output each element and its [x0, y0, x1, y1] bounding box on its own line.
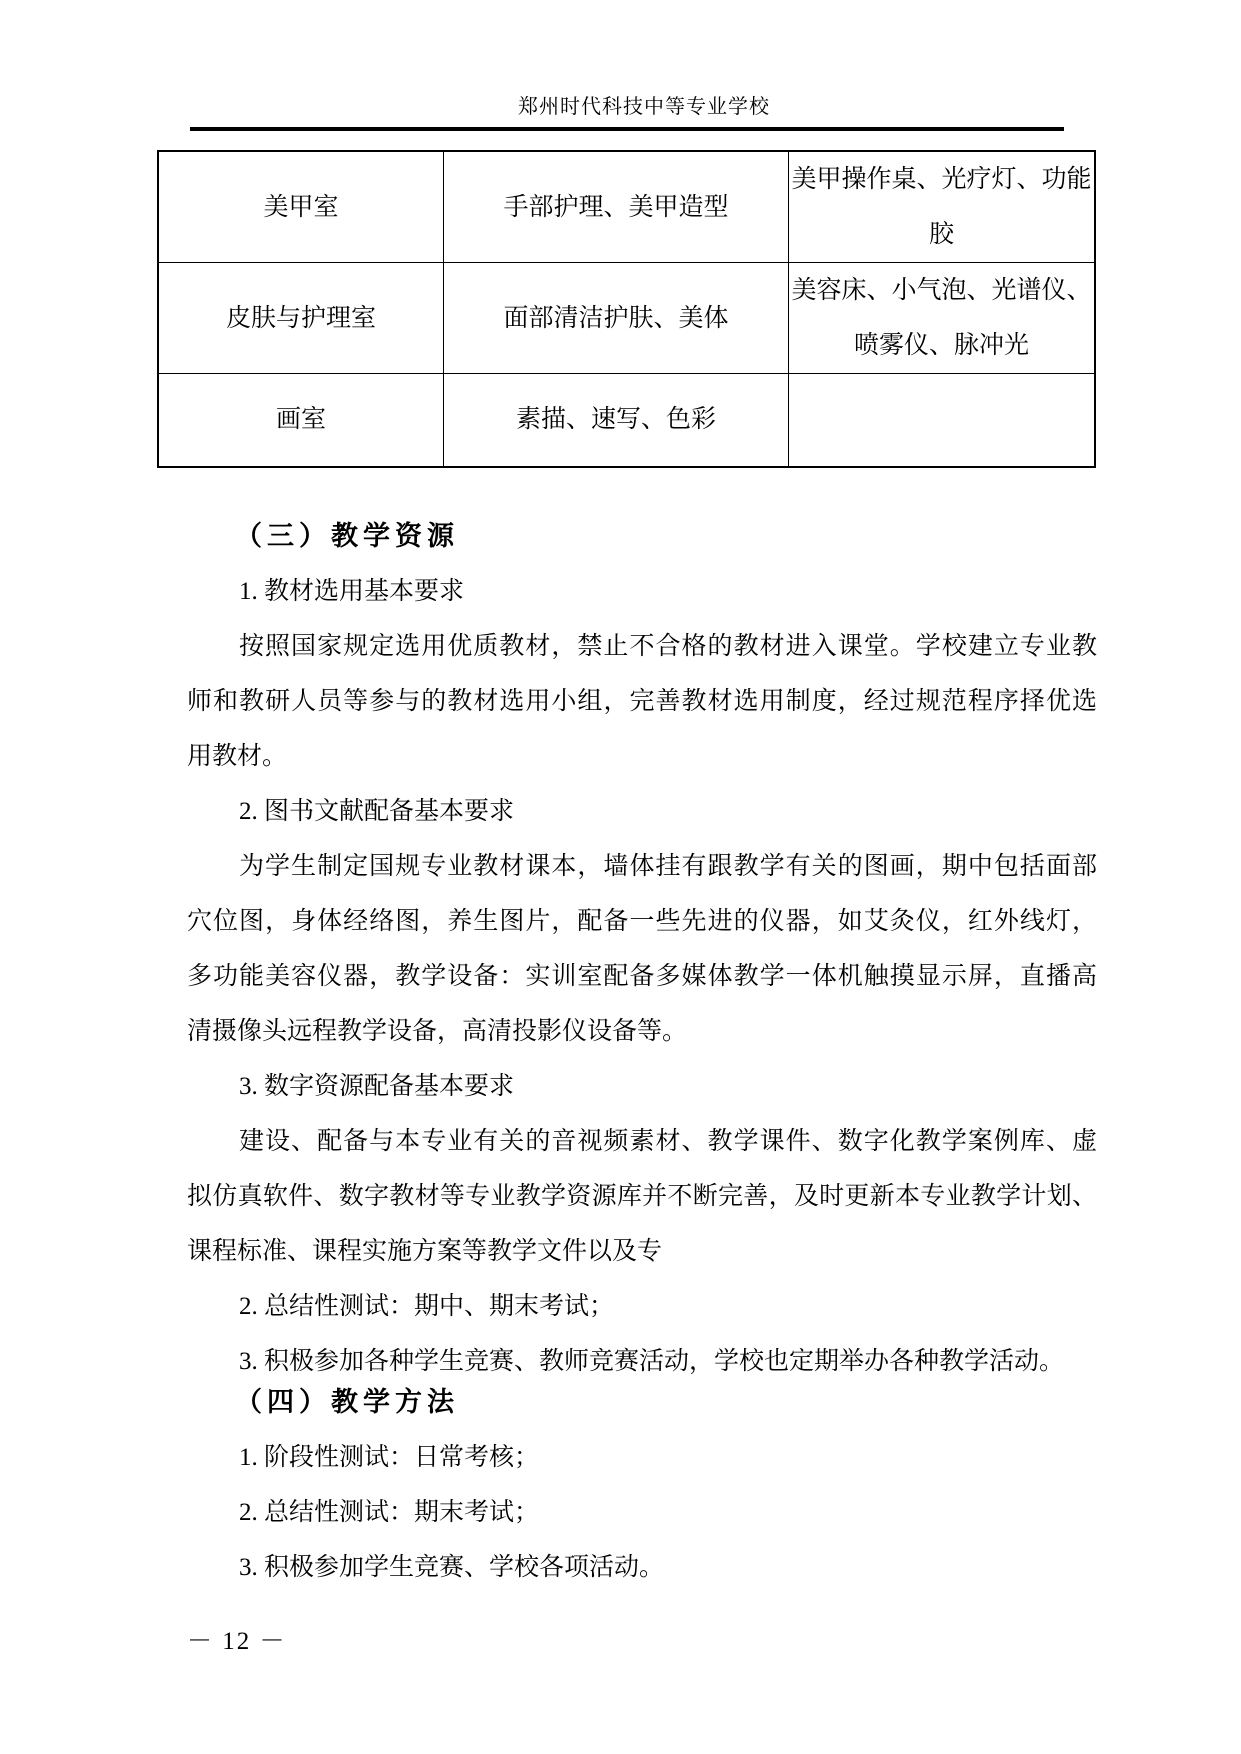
body-line: 1. 阶段性测试：日常考核； — [187, 1430, 1097, 1485]
table-cell-room: 画室 — [158, 374, 444, 467]
body-line: 为学生制定国规专业教材课本，墙体挂有跟教学有关的图画，期中包括面部 — [187, 839, 1097, 894]
body-text: （三）教学资源 1. 教材选用基本要求 按照国家规定选用优质教材，禁止不合格的教… — [187, 509, 1097, 1595]
body-line: 穴位图，身体经络图，养生图片，配备一些先进的仪器，如艾灸仪，红外线灯， — [187, 894, 1097, 949]
table-cell-function: 面部清洁护肤、美体 — [444, 263, 789, 374]
body-line: 3. 积极参加学生竞赛、学校各项活动。 — [187, 1540, 1097, 1595]
page-number: － 12 － — [187, 1622, 287, 1662]
body-line: 2. 图书文献配备基本要求 — [187, 784, 1097, 839]
table-cell-function: 素描、速写、色彩 — [444, 374, 789, 467]
facility-table: 美甲室 手部护理、美甲造型 美甲操作桌、光疗灯、功能胶 皮肤与护理室 面部清洁护… — [157, 150, 1096, 468]
body-line: 拟仿真软件、数字教材等专业教学资源库并不断完善，及时更新本专业教学计划、 — [187, 1169, 1097, 1224]
body-line: 课程标准、课程实施方案等教学文件以及专 — [187, 1224, 1097, 1279]
table-cell-room: 皮肤与护理室 — [158, 263, 444, 374]
body-line: 清摄像头远程教学设备，高清投影仪设备等。 — [187, 1004, 1097, 1059]
table-cell-equipment: 美甲操作桌、光疗灯、功能胶 — [789, 151, 1096, 263]
table-cell-equipment — [789, 374, 1096, 467]
body-line: 3. 数字资源配备基本要求 — [187, 1059, 1097, 1114]
body-line: 按照国家规定选用优质教材，禁止不合格的教材进入课堂。学校建立专业教 — [187, 619, 1097, 674]
body-line: 多功能美容仪器，教学设备：实训室配备多媒体教学一体机触摸显示屏，直播高 — [187, 949, 1097, 1004]
section-heading-teaching-resources: （三）教学资源 — [187, 509, 1097, 564]
document-page: 郑州时代科技中等专业学校 美甲室 手部护理、美甲造型 美甲操作桌、光疗灯、功能胶… — [0, 0, 1241, 1754]
table-row: 美甲室 手部护理、美甲造型 美甲操作桌、光疗灯、功能胶 — [158, 151, 1095, 263]
table-cell-room: 美甲室 — [158, 151, 444, 263]
body-line: 用教材。 — [187, 729, 1097, 784]
body-line: 建设、配备与本专业有关的音视频素材、教学课件、数字化教学案例库、虚 — [187, 1114, 1097, 1169]
body-line: 2. 总结性测试：期末考试； — [187, 1485, 1097, 1540]
body-line: 师和教研人员等参与的教材选用小组，完善教材选用制度，经过规范程序择优选 — [187, 674, 1097, 729]
body-line: 2. 总结性测试：期中、期末考试； — [187, 1279, 1097, 1334]
table-row: 皮肤与护理室 面部清洁护肤、美体 美容床、小气泡、光谱仪、喷雾仪、脉冲光 — [158, 263, 1095, 374]
table-cell-function: 手部护理、美甲造型 — [444, 151, 789, 263]
header-rule — [190, 127, 1064, 131]
table-row: 画室 素描、速写、色彩 — [158, 374, 1095, 467]
table-cell-equipment: 美容床、小气泡、光谱仪、喷雾仪、脉冲光 — [789, 263, 1096, 374]
body-line: 1. 教材选用基本要求 — [187, 564, 1097, 619]
page-header-school-name: 郑州时代科技中等专业学校 — [190, 94, 1064, 120]
